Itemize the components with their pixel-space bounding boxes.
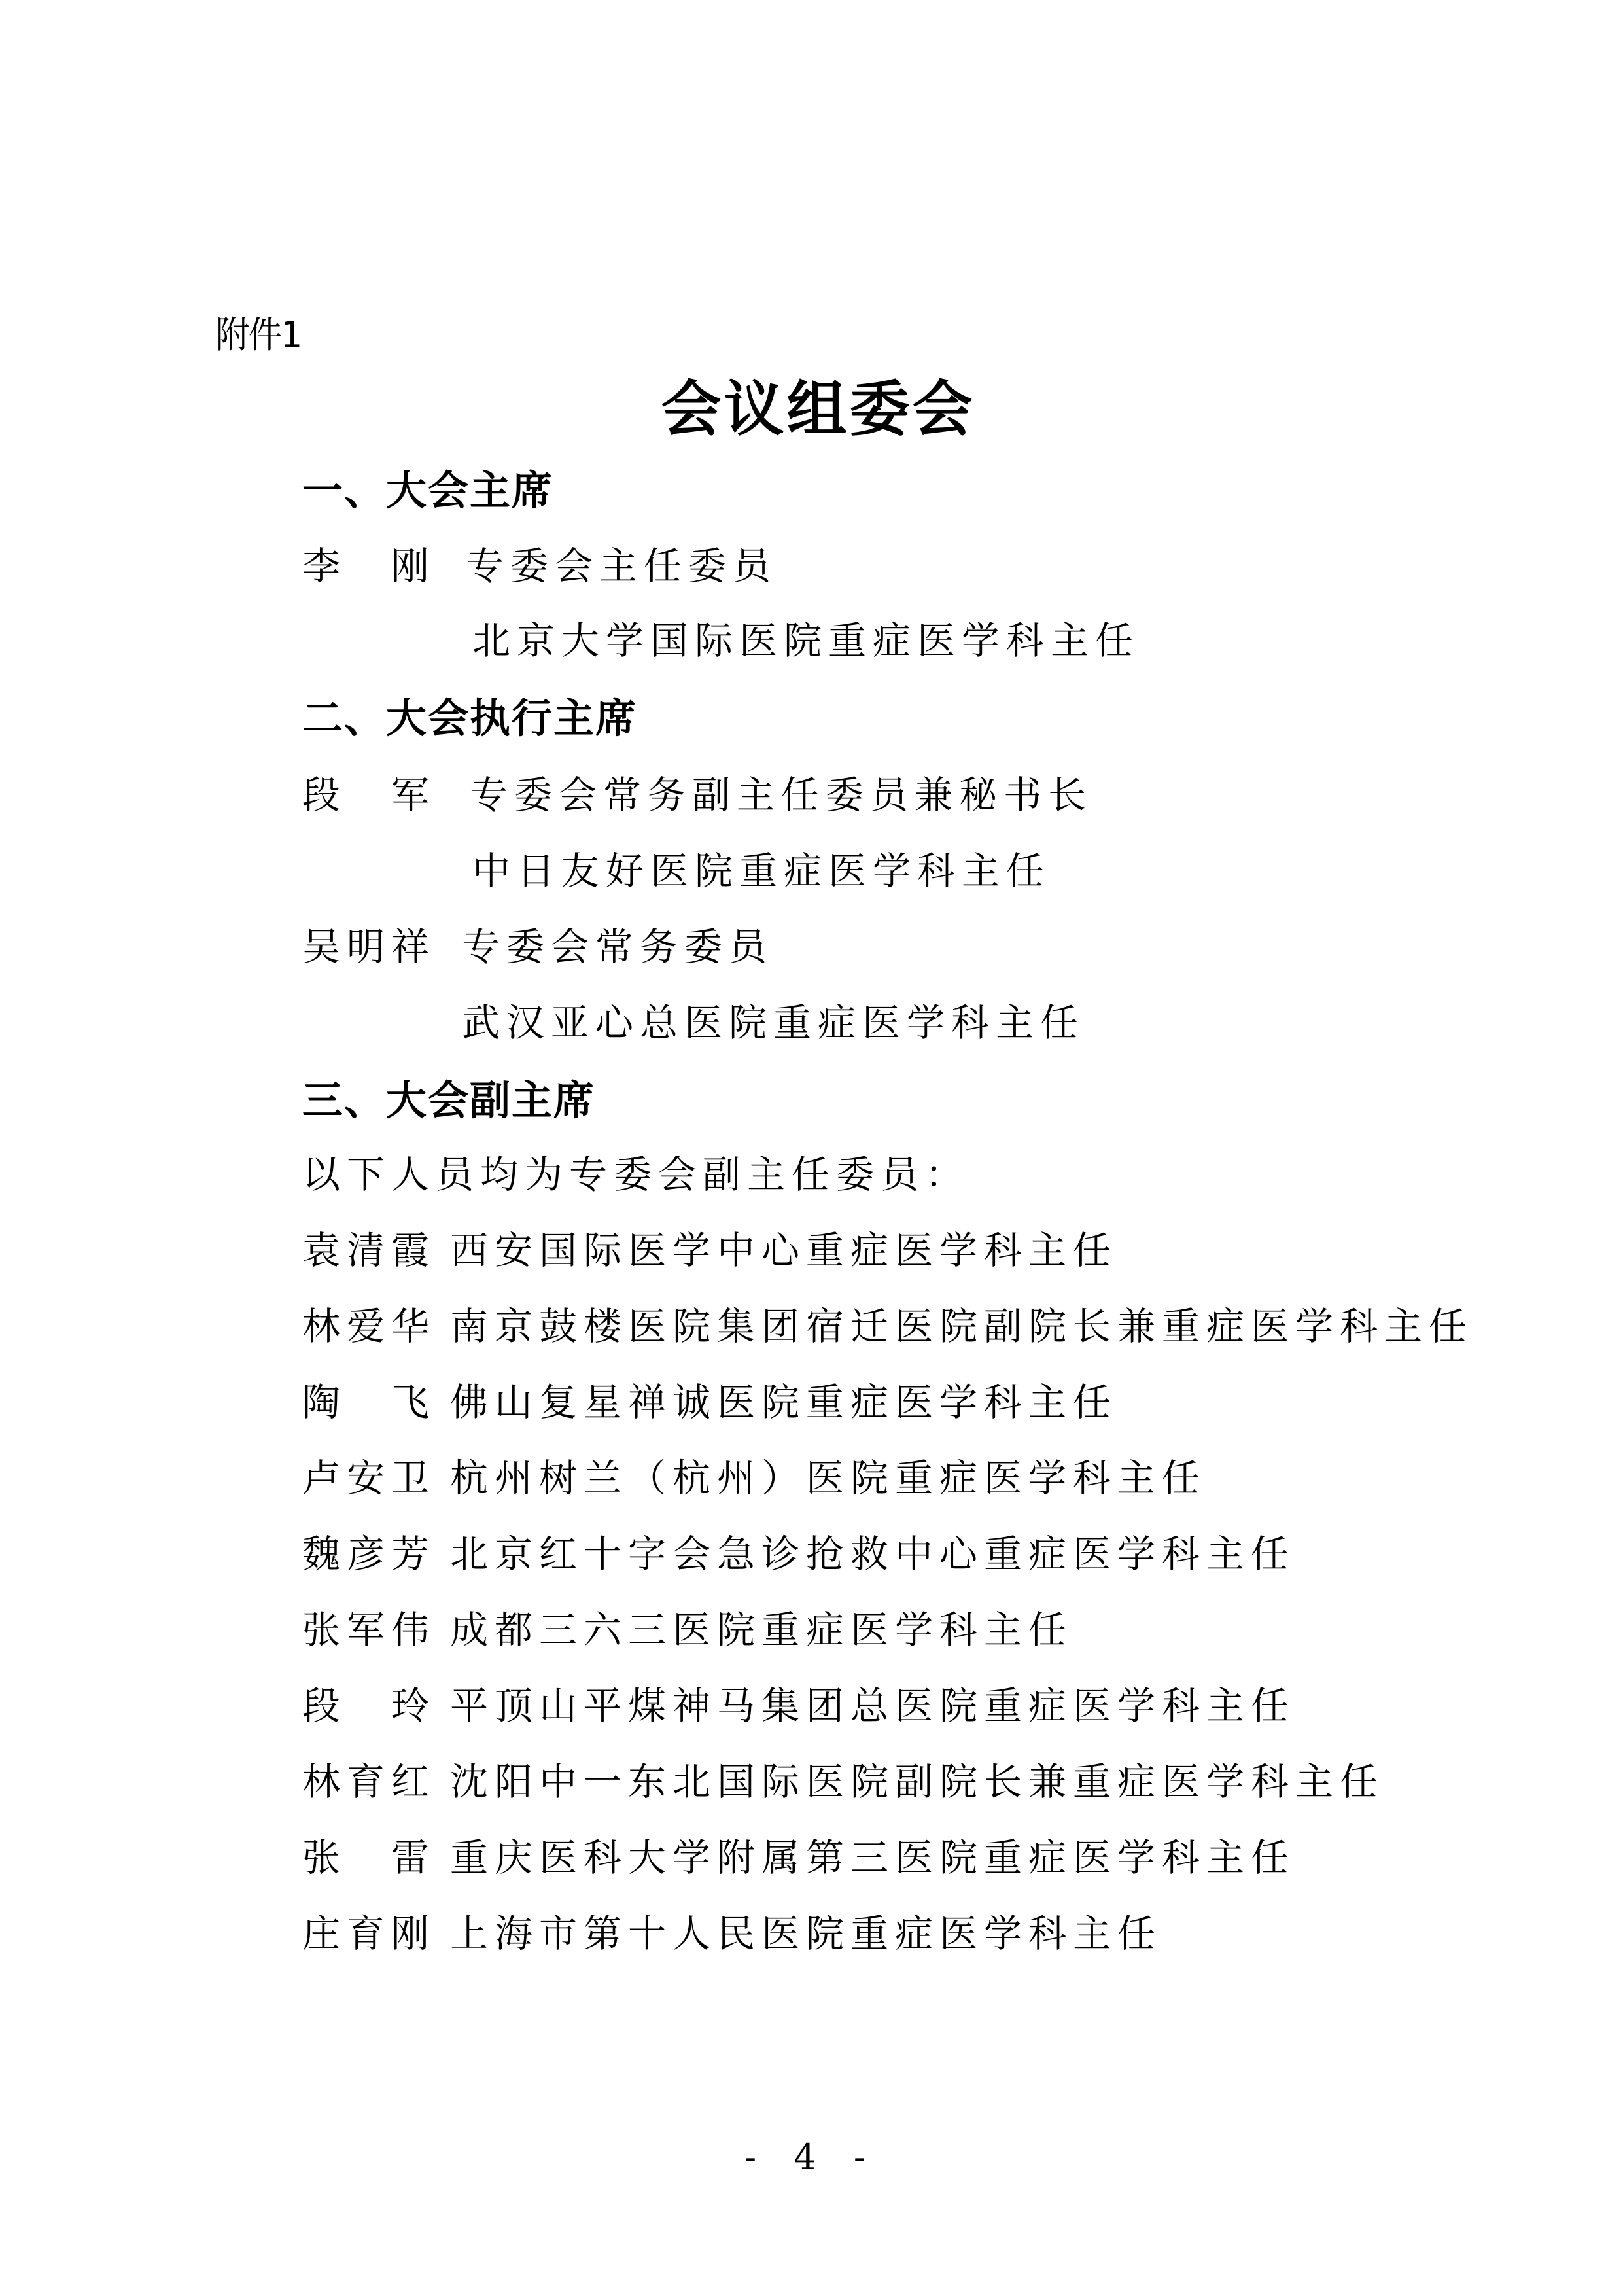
person-line: 李 刚专委会主任委员 [302, 535, 777, 590]
person-affiliation: 重庆医科大学附属第三医院重症医学科主任 [450, 1827, 1295, 1882]
person-line: 林育红沈阳中一东北国际医院副院长兼重症医学科主任 [302, 1751, 1384, 1806]
attachment-label: 附件1 [216, 306, 301, 359]
person-line: 袁清霞西安国际医学中心重症医学科主任 [302, 1220, 1117, 1275]
person-line: 卢安卫杭州树兰（杭州）医院重症医学科主任 [302, 1447, 1206, 1502]
person-name: 张军伟 [302, 1599, 436, 1654]
person-line: 张军伟成都三六三医院重症医学科主任 [302, 1599, 1073, 1654]
section-heading-executive-chair: 二、大会执行主席 [302, 686, 637, 744]
person-role: 专委会常务委员 [462, 916, 773, 971]
person-name: 张 雷 [302, 1827, 436, 1882]
document-page: 附件1 会议组委会 一、大会主席 李 刚专委会主任委员 北京大学国际医院重症医学… [0, 0, 1623, 2296]
person-name: 陶 飞 [302, 1371, 436, 1426]
person-affiliation: 武汉亚心总医院重症医学科主任 [462, 992, 1085, 1047]
person-line: 陶 飞佛山复星禅诚医院重症医学科主任 [302, 1371, 1117, 1426]
person-name: 魏彦芳 [302, 1523, 436, 1578]
person-line: 段 军专委会常务副主任委员兼秘书长 [302, 764, 1092, 819]
person-line: 张 雷重庆医科大学附属第三医院重症医学科主任 [302, 1827, 1295, 1882]
person-name: 林育红 [302, 1751, 436, 1806]
person-role: 专委会常务副主任委员兼秘书长 [470, 764, 1092, 819]
person-affiliation: 沈阳中一东北国际医院副院长兼重症医学科主任 [450, 1751, 1384, 1806]
person-line: 吴明祥专委会常务委员 [302, 916, 773, 971]
person-affiliation: 南京鼓楼医院集团宿迁医院副院长兼重症医学科主任 [450, 1296, 1473, 1351]
person-line: 庄育刚上海市第十人民医院重症医学科主任 [302, 1903, 1162, 1958]
person-affiliation: 西安国际医学中心重症医学科主任 [450, 1220, 1117, 1275]
person-name: 吴明祥 [302, 916, 436, 971]
person-line: 林爱华南京鼓楼医院集团宿迁医院副院长兼重症医学科主任 [302, 1296, 1473, 1351]
person-affiliation: 平顶山平煤神马集团总医院重症医学科主任 [450, 1675, 1295, 1730]
person-affiliation: 北京红十字会急诊抢救中心重症医学科主任 [450, 1523, 1295, 1578]
person-name: 卢安卫 [302, 1447, 436, 1502]
person-name: 段 军 [302, 764, 436, 819]
person-affiliation: 成都三六三医院重症医学科主任 [450, 1599, 1073, 1654]
person-name: 庄育刚 [302, 1903, 436, 1958]
person-affiliation: 北京大学国际医院重症医学科主任 [472, 610, 1140, 665]
person-affiliation: 佛山复星禅诚医院重症医学科主任 [450, 1371, 1117, 1426]
person-affiliation: 上海市第十人民医院重症医学科主任 [450, 1903, 1162, 1958]
person-affiliation: 中日友好医院重症医学科主任 [472, 840, 1051, 895]
person-name: 林爱华 [302, 1296, 436, 1351]
page-title: 会议组委会 [0, 361, 1623, 448]
person-role: 专委会主任委员 [466, 535, 777, 590]
person-name: 段 玲 [302, 1675, 436, 1730]
person-line: 魏彦芳北京红十字会急诊抢救中心重症医学科主任 [302, 1523, 1295, 1578]
section-intro: 以下人员均为专委会副主任委员： [302, 1144, 969, 1199]
person-name: 李 刚 [302, 535, 436, 590]
person-name: 袁清霞 [302, 1220, 436, 1275]
page-number: - 4 - [0, 2136, 1623, 2178]
section-heading-vice-chair: 三、大会副主席 [302, 1068, 595, 1126]
person-line: 段 玲平顶山平煤神马集团总医院重症医学科主任 [302, 1675, 1295, 1730]
section-heading-chair: 一、大会主席 [302, 458, 553, 516]
person-affiliation: 杭州树兰（杭州）医院重症医学科主任 [450, 1447, 1206, 1502]
title-text: 会议组委会 [661, 361, 975, 448]
